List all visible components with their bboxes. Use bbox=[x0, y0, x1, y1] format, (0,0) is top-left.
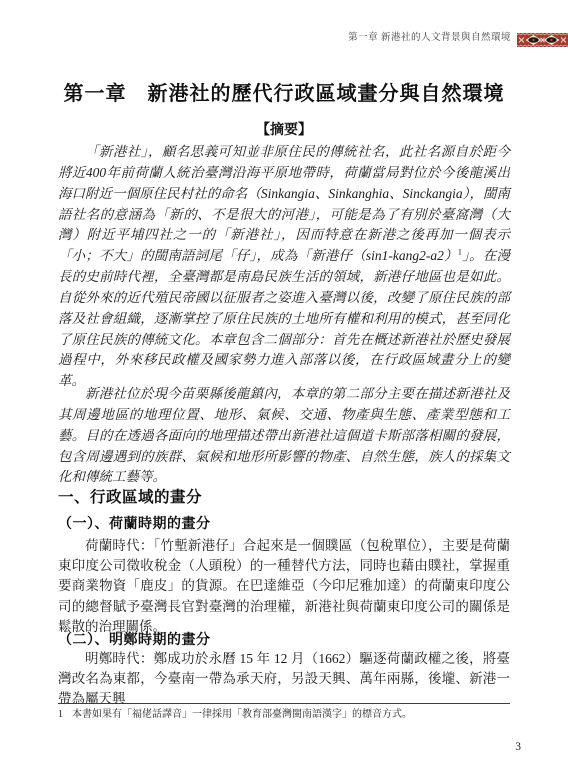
document-page: 第一章 新港社的人文背景與自然環境 第一章 新港社的歷代行政區域畫分與自然環境 … bbox=[0, 0, 568, 775]
footnote-marker: 1 bbox=[58, 708, 72, 721]
weave-pattern-band bbox=[517, 33, 568, 47]
page-title: 第一章 新港社的歷代行政區域畫分與自然環境 bbox=[0, 77, 568, 106]
abstract-heading: 【摘要】 bbox=[0, 119, 568, 139]
subsection-heading-dutch-period: （一）、荷蘭時期的畫分 bbox=[58, 513, 211, 533]
running-header: 第一章 新港社的人文背景與自然環境 bbox=[348, 31, 511, 45]
dutch-period-paragraph: 荷蘭時代：「竹塹新港仔」合起來是一個贌區（包稅單位），主要是荷蘭東印度公司徵收稅… bbox=[58, 536, 510, 637]
section-heading-administrative-division: 一、行政區域的畫分 bbox=[58, 485, 202, 507]
page-number: 3 bbox=[515, 741, 521, 753]
abstract-paragraph-1-text: 「新港社」，顧名思義可知並非原住民的傳統社名，此社名源自於距今將近400年前荷蘭… bbox=[58, 144, 510, 263]
footnote-text: 本書如果有「福佬話譯音」一律採用「教育部臺灣閩南語漢字」的標音方式。 bbox=[72, 708, 510, 721]
weave-pattern-icon bbox=[517, 33, 568, 47]
footnote: 1 本書如果有「福佬話譯音」一律採用「教育部臺灣閩南語漢字」的標音方式。 bbox=[58, 703, 510, 721]
mingzheng-period-paragraph: 明鄭時代：鄭成功於永曆 15 年 12 月（1662）驅逐荷蘭政權之後，將臺灣改… bbox=[58, 649, 510, 710]
abstract-paragraph-2: 新港社位於現今苗栗縣後龍鎮內，本章的第二部分主要在描述新港社及其周邊地區的地理位… bbox=[58, 384, 510, 488]
abstract-paragraph-1-continued: 」。在漫長的史前時代裡，全臺灣都是南島民族生活的領域，新港仔地區也是如此。自從外… bbox=[58, 248, 510, 388]
abstract-paragraph-1: 「新港社」，顧名思義可知並非原住民的傳統社名，此社名源自於距今將近400年前荷蘭… bbox=[58, 142, 510, 392]
subsection-heading-mingzheng-period: （二）、明鄭時期的畫分 bbox=[58, 629, 211, 649]
